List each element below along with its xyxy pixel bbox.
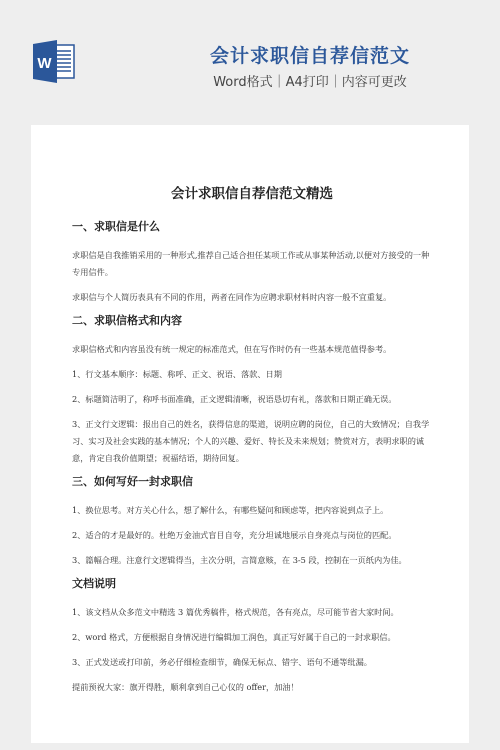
paragraph: 求职信是自我推销采用的一种形式,推荐自己适合担任某项工作或从事某种活动,以便对方… [72,247,432,281]
header-subtitle: Word格式｜A4打印｜内容可更改 [160,74,460,92]
header-banner: W 会计求职信自荐信范文 Word格式｜A4打印｜内容可更改 [0,0,500,120]
header-title: 会计求职信自荐信范文 [160,44,460,68]
svg-text:W: W [37,55,52,72]
paragraph: 1、行文基本顺序：标题、称呼、正文、祝语、落款、日期 [72,366,432,383]
document-title: 会计求职信自荐信范文精选 [72,185,432,203]
section-heading: 文档说明 [72,577,432,591]
paragraph: 求职信与个人简历表具有不同的作用，两者在同作为应聘求职材料时内容一般不宜重复。 [72,289,432,306]
document-page: 会计求职信自荐信范文精选 一、求职信是什么 求职信是自我推销采用的一种形式,推荐… [31,125,469,743]
paragraph: 3、正式发送或打印前，务必仔细检查细节，确保无标点、错字、语句不通等纰漏。 [72,654,432,671]
paragraph: 1、该文档从众多范文中精选 3 篇优秀稿件，格式规范，各有亮点，尽可能节省大家时… [72,604,432,621]
word-icon: W [31,40,77,83]
section-heading: 一、求职信是什么 [72,220,432,234]
document-body: 会计求职信自荐信范文精选 一、求职信是什么 求职信是自我推销采用的一种形式,推荐… [72,185,432,704]
paragraph: 2、适合的才是最好的。杜绝万金油式盲目自夸，充分坦诚地展示自身亮点与岗位的匹配。 [72,527,432,544]
paragraph: 1、换位思考。对方关心什么，想了解什么，有哪些疑问和顾虑等，把内容说到点子上。 [72,502,432,519]
section-heading: 二、求职信格式和内容 [72,314,432,328]
paragraph: 3、篇幅合理。注意行文逻辑得当，主次分明，言简意赅，在 3-5 段，控制在一页纸… [72,552,432,569]
paragraph: 提前预祝大家：旗开得胜，顺利拿到自己心仪的 offer，加油！ [72,679,432,696]
paragraph: 求职信格式和内容虽没有统一规定的标准范式，但在写作时仍有一些基本规范值得参考。 [72,341,432,358]
paragraph: 2、word 格式，方便根据自身情况进行编辑加工润色，真正写好属于自己的一封求职… [72,629,432,646]
paragraph: 2、标题简洁明了，称呼书面准确，正文逻辑清晰，祝语恳切有礼，落款和日期正确无误。 [72,391,432,408]
paragraph: 3、正文行文逻辑：报出自己的姓名，获得信息的渠道，说明应聘的岗位，自己的大致情况… [72,416,432,467]
section-heading: 三、如何写好一封求职信 [72,475,432,489]
